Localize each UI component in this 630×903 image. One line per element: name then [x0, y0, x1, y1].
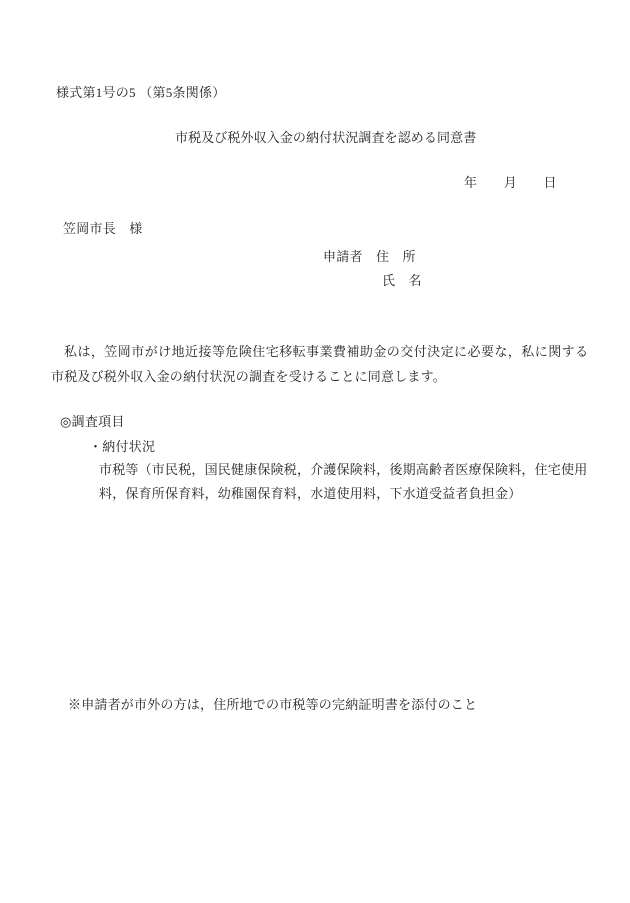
document-page: 様式第1号の5 （第5条関係） 市税及び税外収入金の納付状況調査を認める同意書 … — [0, 0, 630, 903]
survey-item-payment-status: ・納付状況 — [89, 439, 155, 454]
survey-detail-line2: 料，保育所保育料，幼稚園保育料，水道使用料，下水道受益者負担金） — [99, 486, 521, 501]
consent-paragraph-line1: 私は，笠岡市がけ地近接等危険住宅移転事業費補助金の交付決定に必要な，私に関する — [51, 344, 589, 359]
consent-paragraph-line2: 市税及び税外収入金の納付状況の調査を受けることに同意します。 — [51, 369, 446, 384]
footnote: ※申請者が市外の方は，住所地での市税等の完納証明書を添付のこと — [68, 697, 477, 712]
survey-detail-line1: 市税等（市民税，国民健康保険税，介護保険料，後期高齢者医療保険料，住宅使用 — [99, 462, 587, 477]
survey-items-heading: ◎調査項目 — [60, 414, 125, 429]
applicant-address-line: 申請者 住 所 — [323, 249, 416, 264]
recipient-line: 笠岡市長 様 — [63, 221, 143, 236]
date-line: 年 月 日 — [464, 175, 557, 190]
document-title: 市税及び税外収入金の納付状況調査を認める同意書 — [175, 130, 476, 145]
applicant-name-line: 氏 名 — [382, 273, 422, 288]
form-number: 様式第1号の5 （第5条関係） — [56, 85, 226, 100]
